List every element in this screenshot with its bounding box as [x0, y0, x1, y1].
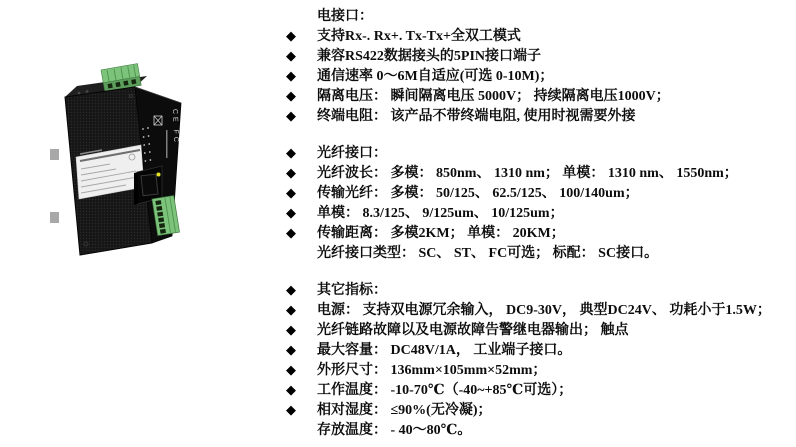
spec-text: 终端电阻： 该产品不带终端电阻, 使用时视需要外接 [317, 107, 636, 127]
diamond-bullet-icon: ◆ [286, 224, 317, 244]
spec-line: ◆ 终端电阻： 该产品不带终端电阻, 使用时视需要外接 [286, 107, 794, 127]
spec-text: 外形尺寸： 136mm×105mm×52mm； [317, 361, 546, 381]
spec-section: ◆ 光纤接口： ◆ 光纤波长： 多模： 850nm、 1310 nm； 单模： … [286, 144, 794, 264]
spec-section: ◆ 电接口： ◆ 支持Rx-. Rx+. Tx-Tx+全双工模式 ◆ 兼容RS4… [286, 7, 794, 127]
diamond-bullet-icon: ◆ [286, 301, 317, 321]
diamond-bullet-icon: ◆ [286, 87, 317, 107]
spec-text: 光纤接口类型： SC、 ST、 FC可选； 标配： SC接口。 [317, 244, 658, 264]
spec-line: ◆ 最大容量： DC48V/1A， 工业端子接口。 [286, 341, 794, 361]
spec-line: ◆ 光纤接口： [286, 144, 794, 164]
spec-text: 最大容量： DC48V/1A， 工业端子接口。 [317, 341, 571, 361]
ce-fc-marking: CE FC [171, 109, 179, 145]
spec-text: 传输光纤： 多模： 50/125、 62.5/125、 100/140um； [317, 184, 639, 204]
spec-text: 相对湿度： ≤90%(无冷凝)； [317, 401, 492, 421]
spec-text: 光纤接口： [317, 144, 387, 164]
diamond-bullet-icon: ◆ [286, 67, 317, 87]
diamond-bullet-icon: ◆ [286, 204, 317, 224]
diamond-bullet-icon: ◆ [286, 184, 317, 204]
diamond-bullet-icon: ◆ [286, 321, 317, 341]
spec-text: 支持Rx-. Rx+. Tx-Tx+全双工模式 [317, 27, 521, 47]
din-rail-tab [50, 149, 59, 223]
spec-text: 电接口： [317, 7, 373, 27]
diamond-bullet-icon: ◆ [286, 107, 317, 127]
spec-text: 光纤波长： 多模： 850nm、 1310 nm； 单模： 1310 nm、 1… [317, 164, 738, 184]
diamond-bullet-icon: ◆ [286, 144, 317, 164]
device-photo: CE FC [40, 60, 230, 310]
top-screw-hole [78, 92, 81, 95]
spec-line: ◆ 传输光纤： 多模： 50/125、 62.5/125、 100/140um； [286, 184, 794, 204]
spec-line: ◆ 其它指标： [286, 281, 794, 301]
spec-line: ◆ 存放温度： - 40～80℃。 [286, 421, 794, 441]
spec-line: ◆ 隔离电压： 瞬间隔离电压 5000V； 持续隔离电压1000V； [286, 87, 794, 107]
diamond-bullet-icon: ◆ [286, 401, 317, 421]
spec-sheet-page: CE FC [0, 0, 796, 447]
spec-list: ◆ 电接口： ◆ 支持Rx-. Rx+. Tx-Tx+全双工模式 ◆ 兼容RS4… [286, 7, 794, 441]
spec-line: ◆ 通信速率 0～6M自适应(可选 0-10M)； [286, 67, 794, 87]
spec-text: 兼容RS422数据接头的5PIN接口端子 [317, 47, 541, 67]
spec-line: ◆ 光纤接口类型： SC、 ST、 FC可选； 标配： SC接口。 [286, 244, 794, 264]
spec-line: ◆ 相对湿度： ≤90%(无冷凝)； [286, 401, 794, 421]
device-illustration: CE FC [40, 60, 230, 310]
fiber-port-yellow-dot [157, 173, 161, 177]
diamond-bullet-icon: ◆ [286, 164, 317, 184]
spec-text: 隔离电压： 瞬间隔离电压 5000V； 持续隔离电压1000V； [317, 87, 670, 107]
top-screw-hole [86, 90, 89, 93]
spec-text: 光纤链路故障以及电源故障告警继电器输出； 触点 [317, 321, 629, 341]
spec-line: ◆ 光纤链路故障以及电源故障告警继电器输出； 触点 [286, 321, 794, 341]
spec-section: ◆ 其它指标： ◆ 电源： 支持双电源冗余输入， DC9-30V， 典型DC24… [286, 281, 794, 441]
spec-text: 工作温度： -10-70℃（-40~+85℃可选）； [317, 381, 572, 401]
diamond-bullet-icon: ◆ [286, 381, 317, 401]
spec-line: ◆ 单模： 8.3/125、 9/125um、 10/125um； [286, 204, 794, 224]
spec-line: ◆ 支持Rx-. Rx+. Tx-Tx+全双工模式 [286, 27, 794, 47]
spec-text: 通信速率 0～6M自适应(可选 0-10M)； [317, 67, 553, 87]
spec-text: 电源： 支持双电源冗余输入， DC9-30V， 典型DC24V、 功耗小于1.5… [317, 301, 771, 321]
spec-text: 传输距离： 多模2KM； 单模： 20KM； [317, 224, 565, 244]
spec-line: ◆ 电源： 支持双电源冗余输入， DC9-30V， 典型DC24V、 功耗小于1… [286, 301, 794, 321]
side-label-strip [166, 130, 168, 158]
diamond-bullet-icon: ◆ [286, 281, 317, 301]
spec-line: ◆ 工作温度： -10-70℃（-40~+85℃可选）； [286, 381, 794, 401]
spec-line: ◆ 兼容RS422数据接头的5PIN接口端子 [286, 47, 794, 67]
spec-text: 存放温度： - 40～80℃。 [317, 421, 471, 441]
spec-line: ◆ 外形尺寸： 136mm×105mm×52mm； [286, 361, 794, 381]
spec-line: ◆ 传输距离： 多模2KM； 单模： 20KM； [286, 224, 794, 244]
diamond-bullet-icon: ◆ [286, 47, 317, 67]
spec-line: ◆ 电接口： [286, 7, 794, 27]
diamond-bullet-icon: ◆ [286, 341, 317, 361]
spec-text: 其它指标： [317, 281, 387, 301]
spec-line: ◆ 光纤波长： 多模： 850nm、 1310 nm； 单模： 1310 nm、… [286, 164, 794, 184]
spec-text: 单模： 8.3/125、 9/125um、 10/125um； [317, 204, 564, 224]
diamond-bullet-icon: ◆ [286, 361, 317, 381]
diamond-bullet-icon: ◆ [286, 27, 317, 47]
